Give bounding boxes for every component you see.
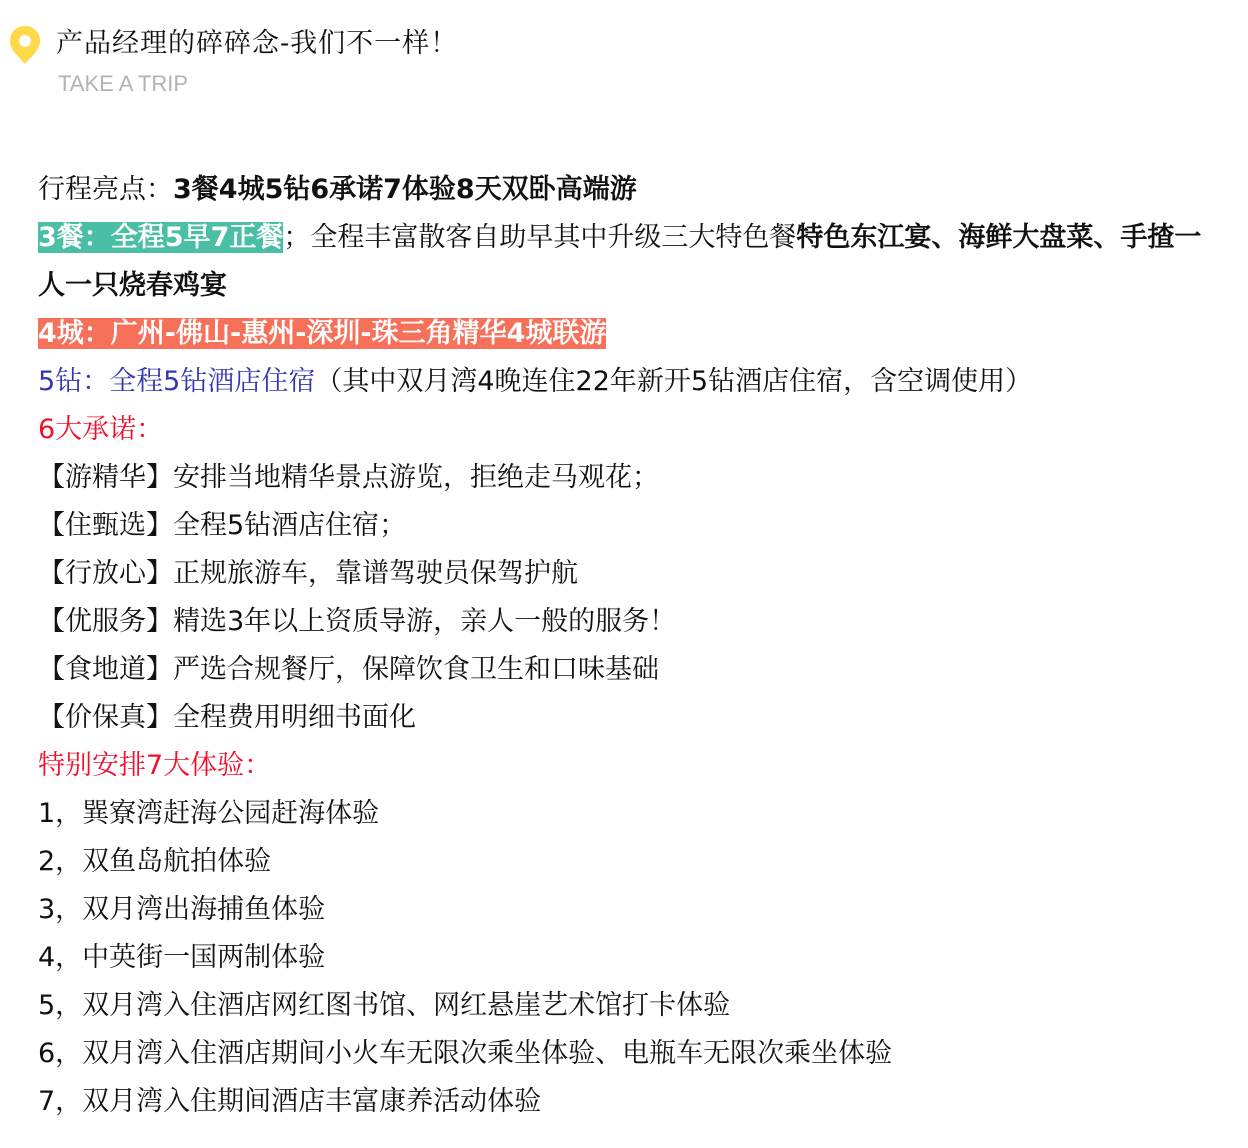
experience-item: 2，双鱼岛航拍体验 (38, 838, 1228, 886)
meals-text: ；全程丰富散客自助早其中升级三大特色餐 (283, 222, 796, 253)
hotels-tag: 5钻：全程5钻酒店住宿 (38, 366, 315, 397)
location-pin-icon (8, 25, 42, 65)
meals-tag: 3餐：全程5早7正餐 (38, 222, 283, 253)
promises-heading: 6大承诺： (38, 406, 1228, 454)
experiences-heading: 特别安排7大体验： (38, 742, 1228, 790)
experience-item: 7，双月湾入住期间酒店丰富康养活动体验 (38, 1078, 1228, 1126)
experience-item: 1，巽寮湾赶海公园赶海体验 (38, 790, 1228, 838)
hotels-text: （其中双月湾4晚连住22年新开5钻酒店住宿，含空调使用） (315, 366, 1032, 397)
promise-item: 【优服务】精选3年以上资质导游，亲人一般的服务！ (38, 598, 1228, 646)
promise-item: 【住甄选】全程5钻酒店住宿； (38, 502, 1228, 550)
cities-line: 4城：广州-佛山-惠州-深圳-珠三角精华4城联游 (38, 310, 1228, 358)
promise-item: 【价保真】全程费用明细书面化 (38, 694, 1228, 742)
promise-item: 【食地道】严选合规餐厅，保障饮食卫生和口味基础 (38, 646, 1228, 694)
meals-line: 3餐：全程5早7正餐；全程丰富散客自助早其中升级三大特色餐特色东江宴、海鲜大盘菜… (38, 214, 1228, 310)
promise-item: 【游精华】安排当地精华景点游览，拒绝走马观花； (38, 454, 1228, 502)
promise-item: 【行放心】正规旅游车，靠谱驾驶员保驾护航 (38, 550, 1228, 598)
experience-item: 5，双月湾入住酒店网红图书馆、网红悬崖艺术馆打卡体验 (38, 982, 1228, 1030)
header: 产品经理的碎碎念-我们不一样！ TAKE A TRIP (0, 0, 1248, 110)
highlights-value: 3餐4城5钻6承诺7体验8天双卧高端游 (173, 174, 637, 205)
highlights-label: 行程亮点： (38, 174, 173, 205)
page-title: 产品经理的碎碎念-我们不一样！ (56, 26, 458, 62)
experience-item: 6，双月湾入住酒店期间小火车无限次乘坐体验、电瓶车无限次乘坐体验 (38, 1030, 1228, 1078)
highlights-line: 行程亮点：3餐4城5钻6承诺7体验8天双卧高端游 (38, 166, 1228, 214)
page-subtitle: TAKE A TRIP (58, 70, 188, 98)
experience-item: 4，中英街一国两制体验 (38, 934, 1228, 982)
hotels-line: 5钻：全程5钻酒店住宿（其中双月湾4晚连住22年新开5钻酒店住宿，含空调使用） (38, 358, 1228, 406)
experience-item: 3，双月湾出海捕鱼体验 (38, 886, 1228, 934)
itinerary-content: 行程亮点：3餐4城5钻6承诺7体验8天双卧高端游 3餐：全程5早7正餐；全程丰富… (38, 166, 1228, 1126)
cities-tag: 4城：广州-佛山-惠州-深圳-珠三角精华4城联游 (38, 318, 606, 349)
